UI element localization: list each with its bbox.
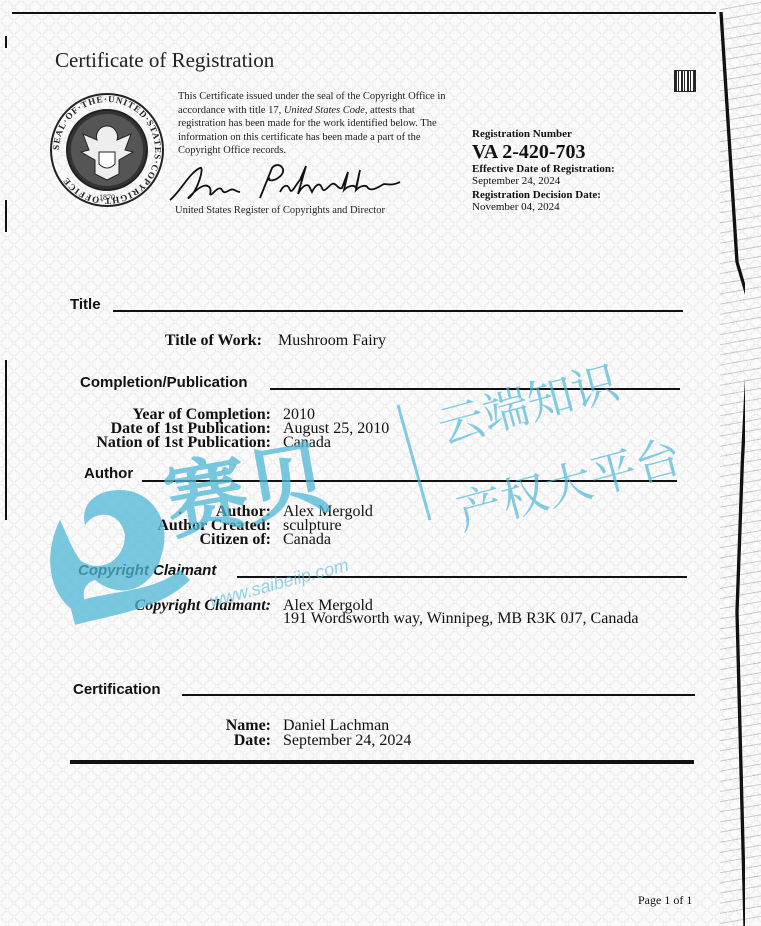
svg-text:·1870·: ·1870· [96, 193, 117, 202]
section-heading-title: Title [70, 296, 101, 313]
section-rule [237, 576, 687, 578]
signer-caption: United States Register of Copyrights and… [175, 205, 385, 216]
effective-date: September 24, 2024 [472, 175, 615, 187]
section-rule [113, 310, 683, 312]
page-edge-left [5, 200, 7, 232]
section-rule [270, 388, 680, 390]
decision-date-label: Registration Decision Date: [472, 189, 615, 201]
registration-number: VA 2-420-703 [472, 141, 615, 163]
certification-bottom-rule [70, 760, 694, 764]
page-edge-right [705, 12, 745, 926]
section-rule [142, 480, 677, 482]
certificate-intro-text: This Certificate issued under the seal o… [178, 90, 448, 158]
registration-info: Registration Number VA 2-420-703 Effecti… [472, 128, 615, 213]
datamatrix-barcode-icon [674, 70, 696, 92]
page-edge-left [5, 36, 7, 48]
registration-number-label: Registration Number [472, 128, 615, 140]
section-heading-certification: Certification [73, 681, 161, 698]
section-rule [182, 694, 695, 696]
copyright-office-seal-icon: SEAL·OF·THE·UNITED·STATES·COPYRIGHT·OFFI… [45, 88, 169, 212]
section-heading-author: Author [84, 465, 133, 482]
certificate-heading: Certificate of Registration [55, 48, 274, 73]
page-edge-top [12, 12, 716, 14]
section-heading-completion: Completion/Publication [80, 374, 248, 391]
page-edge-left [5, 360, 7, 520]
decision-date: November 04, 2024 [472, 201, 615, 213]
page-indicator: Page 1 of 1 [638, 893, 692, 908]
register-signature [160, 162, 410, 204]
effective-date-label: Effective Date of Registration: [472, 163, 615, 175]
section-heading-claimant: Copyright Claimant [78, 562, 216, 579]
